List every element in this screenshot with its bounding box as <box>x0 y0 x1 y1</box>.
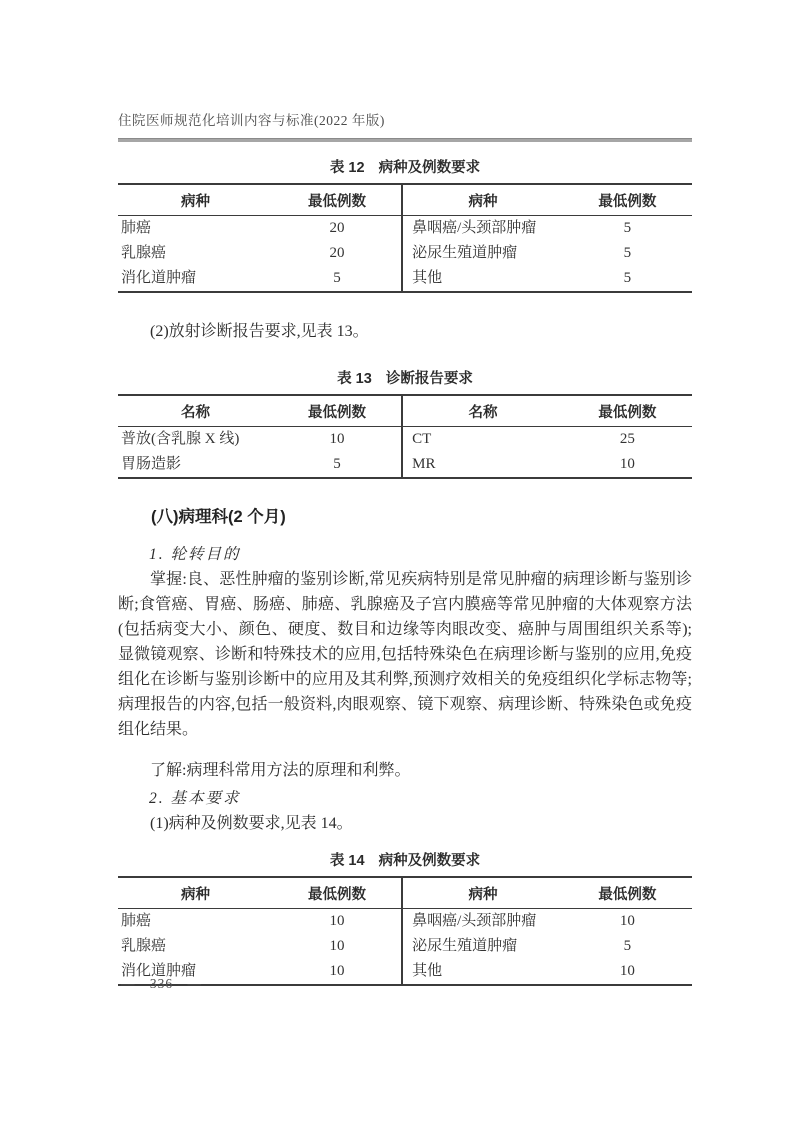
table-cell: MR <box>402 452 563 478</box>
table-cell: 10 <box>563 959 692 985</box>
table-cell: 5 <box>273 452 402 478</box>
table-14-caption: 表 14病种及例数要求 <box>118 851 692 871</box>
document-page: 住院医师规范化培训内容与标准(2022 年版) 表 12病种及例数要求 病种 最… <box>0 0 800 1131</box>
table-cell: 其他 <box>402 266 563 292</box>
table-cell: 泌尿生殖道肿瘤 <box>402 934 563 959</box>
table-cell: 其他 <box>402 959 563 985</box>
basic-requirements-heading: 2. 基本要求 <box>118 786 692 811</box>
column-header: 病种 <box>402 184 563 216</box>
table-cell: 5 <box>563 241 692 266</box>
table-header-row: 病种 最低例数 病种 最低例数 <box>118 184 692 216</box>
master-requirements-paragraph: 掌握:良、恶性肿瘤的鉴别诊断,常见疾病特别是常见肿瘤的病理诊断与鉴别诊断;食管癌… <box>118 567 692 742</box>
table-cell: 肺癌 <box>118 908 273 934</box>
page-number: — 336 — <box>121 976 202 992</box>
table-cell: 鼻咽癌/头颈部肿瘤 <box>402 908 563 934</box>
column-header: 病种 <box>402 877 563 909</box>
rotation-purpose-heading: 1. 轮转目的 <box>118 542 692 567</box>
section-heading-pathology: (八)病理科(2 个月) <box>118 506 692 528</box>
table-12-caption: 表 12病种及例数要求 <box>118 158 692 178</box>
column-header: 名称 <box>118 395 273 427</box>
table-row: 普放(含乳腺 X 线) 10 CT 25 <box>118 427 692 453</box>
table-cell: 乳腺癌 <box>118 241 273 266</box>
table-cell: 10 <box>273 959 402 985</box>
table-cell: 5 <box>563 934 692 959</box>
table-row: 乳腺癌 10 泌尿生殖道肿瘤 5 <box>118 934 692 959</box>
table-cell: 肺癌 <box>118 216 273 242</box>
page-content: 住院医师规范化培训内容与标准(2022 年版) 表 12病种及例数要求 病种 最… <box>118 0 692 986</box>
table-header-row: 名称 最低例数 名称 最低例数 <box>118 395 692 427</box>
table-cell: 10 <box>273 427 402 453</box>
column-header: 名称 <box>402 395 563 427</box>
table-cell: 5 <box>563 216 692 242</box>
table-cell: 20 <box>273 216 402 242</box>
table-cell: 消化道肿瘤 <box>118 266 273 292</box>
column-header: 病种 <box>118 184 273 216</box>
table-row: 乳腺癌 20 泌尿生殖道肿瘤 5 <box>118 241 692 266</box>
table-cell: 胃肠造影 <box>118 452 273 478</box>
table-row: 消化道肿瘤 5 其他 5 <box>118 266 692 292</box>
understand-paragraph: 了解:病理科常用方法的原理和利弊。 <box>118 758 692 783</box>
column-header: 最低例数 <box>273 877 402 909</box>
table-header-row: 病种 最低例数 病种 最低例数 <box>118 877 692 909</box>
table-caption-title: 病种及例数要求 <box>379 160 481 176</box>
table-14: 病种 最低例数 病种 最低例数 肺癌 10 鼻咽癌/头颈部肿瘤 10 乳腺癌 1… <box>118 876 692 986</box>
table-cell: 20 <box>273 241 402 266</box>
table-13: 名称 最低例数 名称 最低例数 普放(含乳腺 X 线) 10 CT 25 胃肠造… <box>118 394 692 479</box>
running-header-title: 住院医师规范化培训内容与标准(2022 年版) <box>118 112 692 130</box>
column-header: 最低例数 <box>273 184 402 216</box>
table-row: 肺癌 10 鼻咽癌/头颈部肿瘤 10 <box>118 908 692 934</box>
table-cell: 10 <box>563 452 692 478</box>
table-row: 消化道肿瘤 10 其他 10 <box>118 959 692 985</box>
table-cell: 普放(含乳腺 X 线) <box>118 427 273 453</box>
disease-case-note: (1)病种及例数要求,见表 14。 <box>118 811 692 836</box>
table-row: 肺癌 20 鼻咽癌/头颈部肿瘤 5 <box>118 216 692 242</box>
column-header: 病种 <box>118 877 273 909</box>
header-rule <box>118 138 692 142</box>
table-caption-title: 诊断报告要求 <box>386 371 473 387</box>
table-cell: 25 <box>563 427 692 453</box>
table-cell: 乳腺癌 <box>118 934 273 959</box>
table-cell: 10 <box>273 908 402 934</box>
table-caption-label: 表 14 <box>330 853 365 869</box>
column-header: 最低例数 <box>273 395 402 427</box>
table-cell: CT <box>402 427 563 453</box>
table-13-caption: 表 13诊断报告要求 <box>118 369 692 389</box>
table-cell: 泌尿生殖道肿瘤 <box>402 241 563 266</box>
table-12: 病种 最低例数 病种 最低例数 肺癌 20 鼻咽癌/头颈部肿瘤 5 乳腺癌 20… <box>118 183 692 293</box>
table-caption-label: 表 13 <box>337 371 372 387</box>
column-header: 最低例数 <box>563 395 692 427</box>
table-cell: 5 <box>273 266 402 292</box>
table-row: 胃肠造影 5 MR 10 <box>118 452 692 478</box>
table-cell: 10 <box>273 934 402 959</box>
table-cell: 5 <box>563 266 692 292</box>
table-caption-label: 表 12 <box>330 160 365 176</box>
column-header: 最低例数 <box>563 184 692 216</box>
table-cell: 10 <box>563 908 692 934</box>
radiology-report-note: (2)放射诊断报告要求,见表 13。 <box>118 319 692 344</box>
table-cell: 鼻咽癌/头颈部肿瘤 <box>402 216 563 242</box>
column-header: 最低例数 <box>563 877 692 909</box>
table-caption-title: 病种及例数要求 <box>379 853 481 869</box>
